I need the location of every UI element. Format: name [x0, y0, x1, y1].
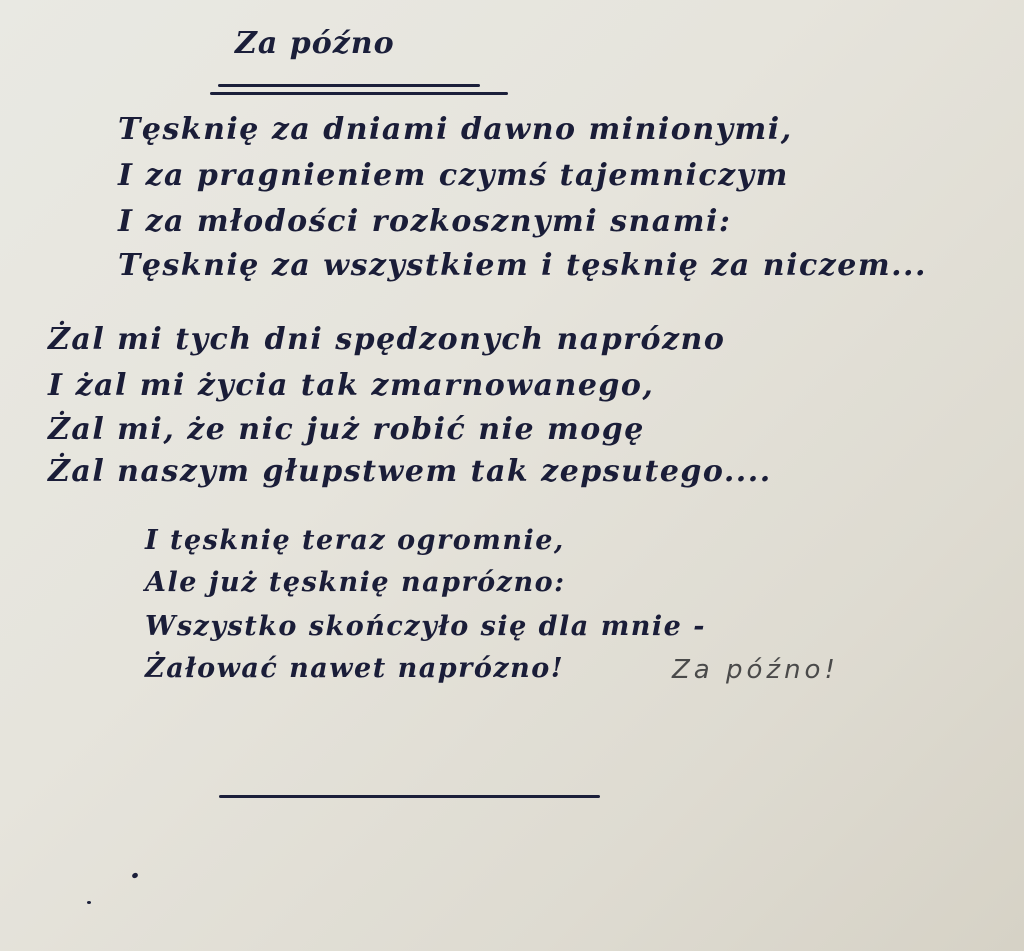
ink-speck — [131, 872, 139, 879]
poem-title: Za późno — [235, 26, 395, 61]
stanza-3-line-1: I tęsknię teraz ogromnie, — [145, 525, 565, 556]
stanza-3-line-2: Ale już tęsknię naprózno: — [145, 567, 566, 598]
closing-rule-line — [219, 795, 600, 798]
pencil-annotation: Za późno! — [672, 655, 839, 685]
stanza-1-line-1: Tęsknię za dniami dawno minionymi, — [118, 112, 793, 147]
title-underline-upper — [218, 84, 480, 87]
stanza-3-line-3: Wszystko skończyło się dla mnie - — [145, 611, 706, 642]
stanza-2-line-2: I żal mi życia tak zmarnowanego, — [48, 368, 654, 403]
stanza-2-line-1: Żal mi tych dni spędzonych naprózno — [48, 322, 725, 357]
ink-speck — [87, 901, 91, 904]
stanza-2-line-3: Żal mi, że nic już robić nie mogę — [48, 412, 645, 447]
stanza-1-line-2: I za pragnieniem czymś tajemniczym — [118, 158, 789, 193]
stanza-1-line-4: Tęsknię za wszystkiem i tęsknię za nicze… — [118, 248, 927, 283]
stanza-3-line-4: Żałować nawet naprózno! — [145, 653, 564, 684]
title-underline-lower — [210, 92, 508, 95]
stanza-1-line-3: I za młodości rozkosznymi snami: — [118, 204, 731, 239]
handwritten-poem-page: Za późno Tęsknię za dniami dawno miniony… — [0, 0, 1024, 951]
stanza-2-line-4: Żal naszym głupstwem tak zepsutego.... — [48, 454, 772, 489]
